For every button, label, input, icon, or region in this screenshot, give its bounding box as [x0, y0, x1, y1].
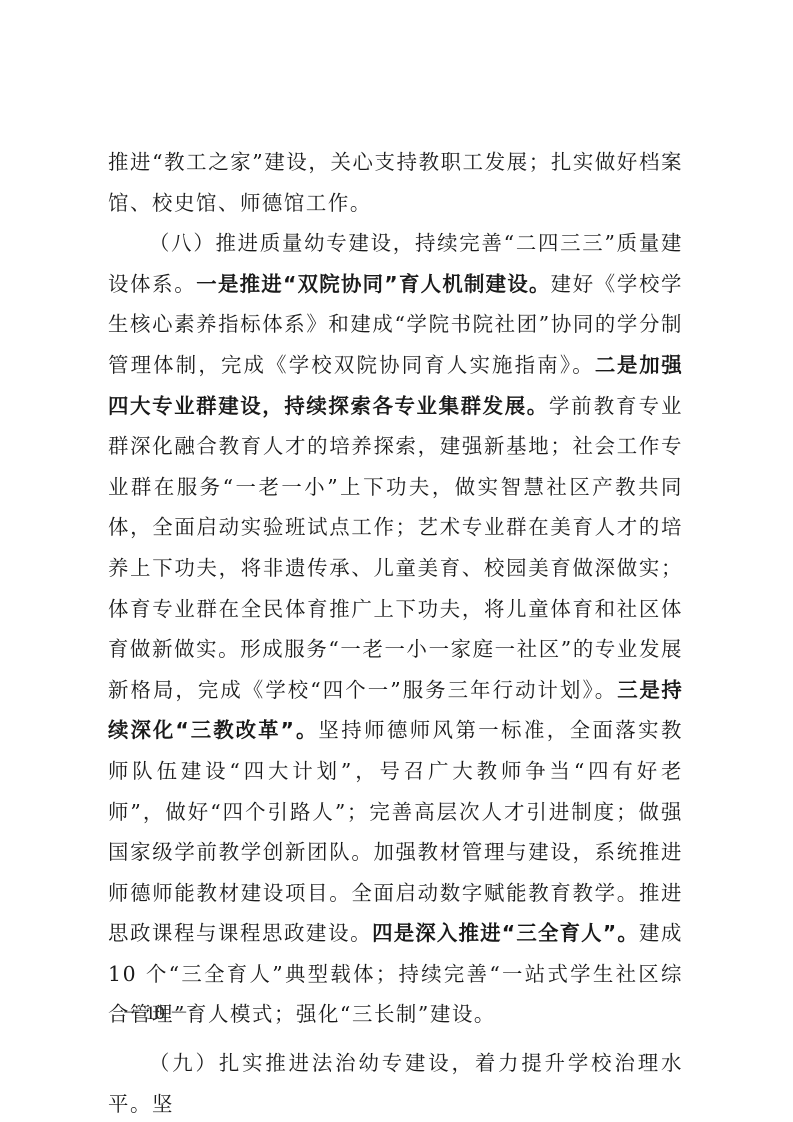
text-run: 坚持师德师风第一标准，全面落实教师队伍建设“四大计划”，号召广大教师争当“四有好…	[108, 718, 683, 945]
paragraph-continuation: 推进“教工之家”建设，关心支持教职工发展；扎实做好档案馆、校史馆、师德馆工作。	[108, 142, 683, 223]
page-number: － 10 －	[122, 998, 189, 1025]
section-9-heading: （九）扎实推进法治幼专建设，着力提升学校治理水平。坚	[108, 1051, 683, 1116]
point-1-heading: 一是推进“双院协同”育人机制建设。	[196, 272, 550, 296]
document-body: 推进“教工之家”建设，关心支持教职工发展；扎实做好档案馆、校史馆、师德馆工作。 …	[108, 142, 683, 1122]
paragraph-section-9: （九）扎实推进法治幼专建设，着力提升学校治理水平。坚	[108, 1043, 683, 1122]
paragraph-section-8: （八）推进质量幼专建设，持续完善“二四三三”质量建设体系。一是推进“双院协同”育…	[108, 223, 683, 1035]
point-4-heading: 四是深入推进“三全育人”。	[372, 921, 639, 945]
text-run: 学前教育专业群深化融合教育人才的培养探索，建强新基地；社会工作专业群在服务“一老…	[108, 394, 683, 702]
text-run: 推进“教工之家”建设，关心支持教职工发展；扎实做好档案馆、校史馆、师德馆工作。	[108, 150, 683, 215]
